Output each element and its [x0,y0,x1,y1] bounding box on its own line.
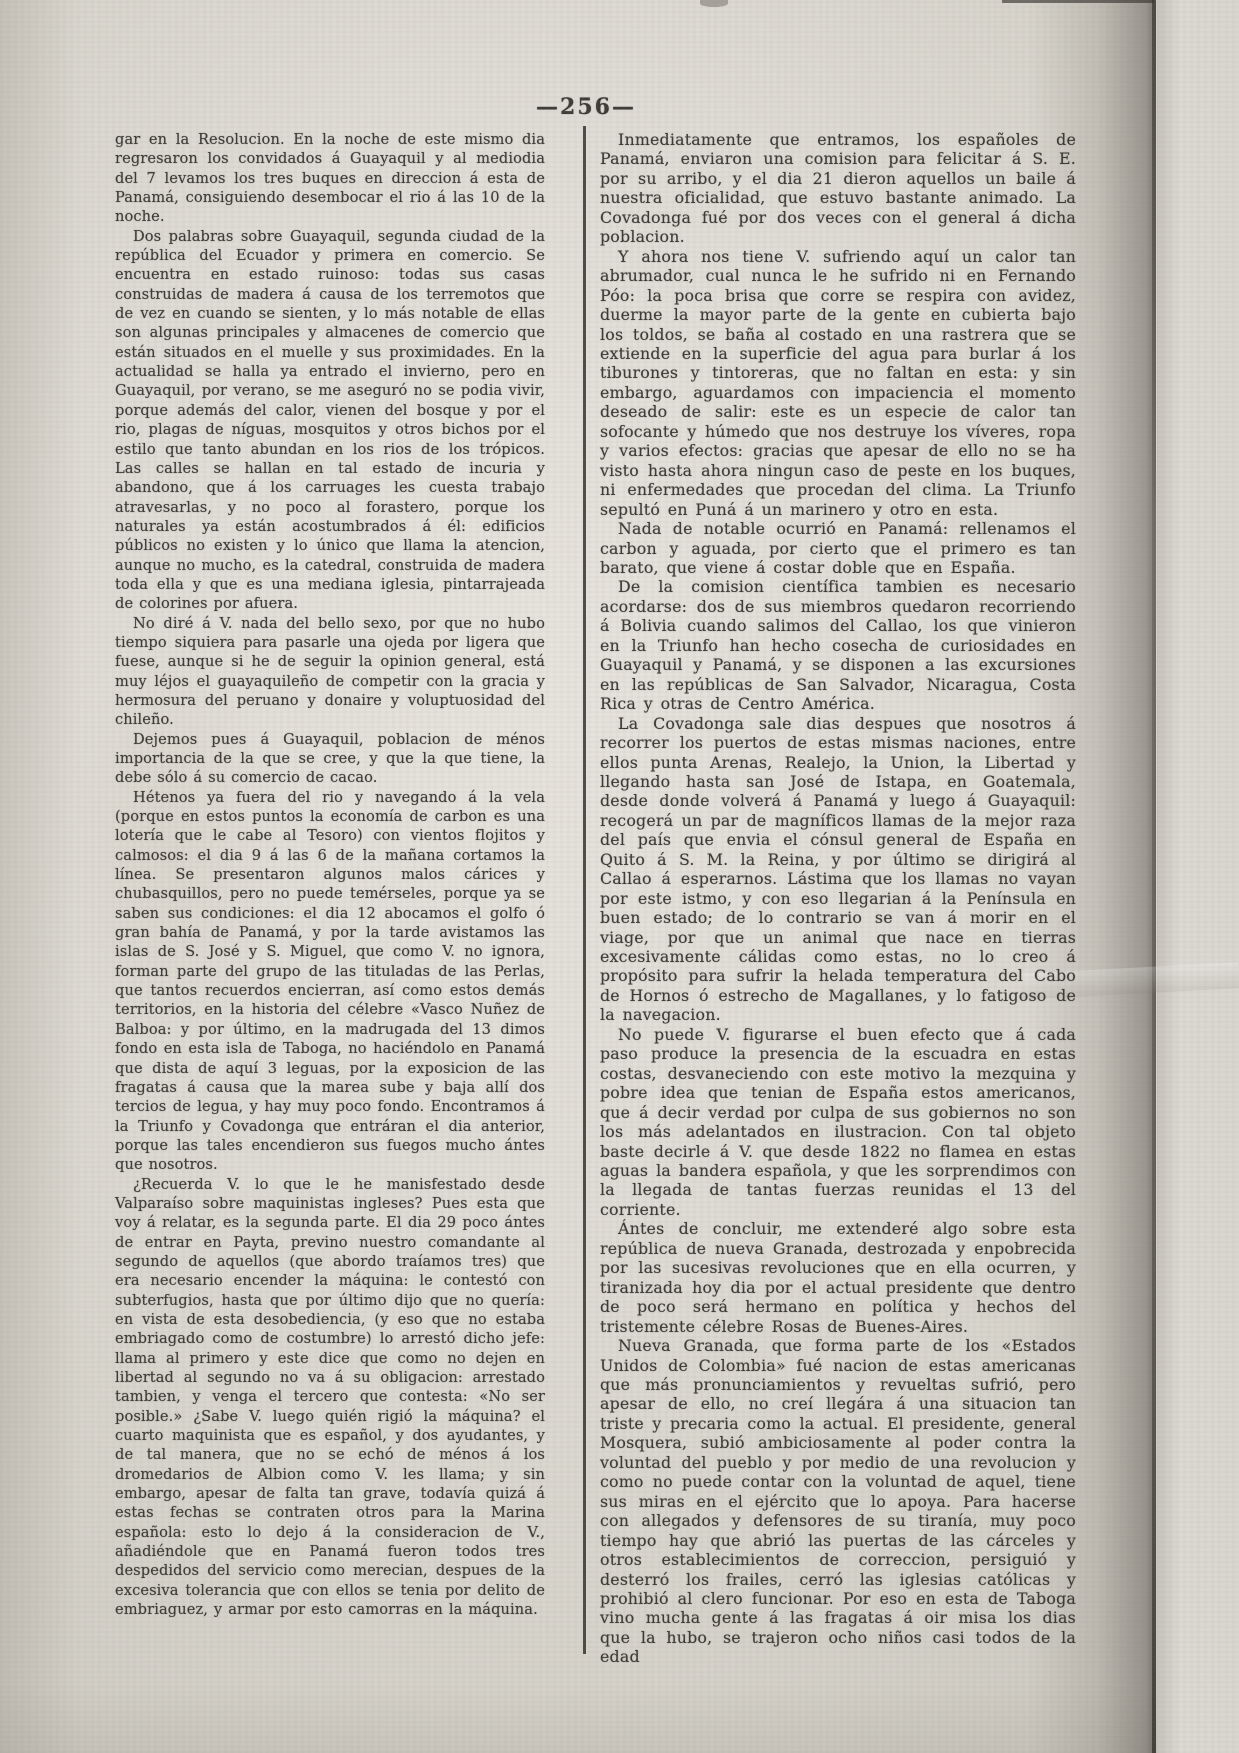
paragraph: La Covadonga sale dias despues que nosot… [600,714,1076,1025]
paragraph: Hétenos ya fuera del rio y navegando á l… [115,788,545,1175]
paragraph: ¿Recuerda V. lo que le he manisfestado d… [115,1175,545,1620]
adjacent-page-edge [1157,0,1239,1753]
paragraph: De la comision científica tambien es nec… [600,577,1076,713]
scanned-book-page: —256— gar en la Resolucion. En la noche … [0,0,1239,1753]
paragraph: Dejemos pues á Guayaquil, poblacion de m… [115,730,545,788]
paragraph: Nueva Granada, que forma parte de los «E… [600,1336,1076,1667]
page-crease-line [1152,0,1156,1753]
column-right: Inmediatamente que entramos, los español… [600,130,1076,1667]
paragraph: gar en la Resolucion. En la noche de est… [115,130,545,227]
paragraph: Ántes de concluir, me extenderé algo sob… [600,1219,1076,1336]
column-left: gar en la Resolucion. En la noche de est… [115,130,545,1667]
paragraph: Y ahora nos tiene V. sufriendo aquí un c… [600,247,1076,519]
paragraph: Dos palabras sobre Guayaquil, segunda ci… [115,227,545,614]
paragraph: Nada de notable ocurrió en Panamá: relle… [600,519,1076,577]
paragraph: No diré á V. nada del bello sexo, por qu… [115,614,545,730]
ink-smudge [700,0,728,7]
left-edge-shadow [0,0,78,1753]
paragraph: No puede V. figurarse el buen efecto que… [600,1025,1076,1220]
paragraph: Inmediatamente que entramos, los español… [600,130,1076,247]
text-block: gar en la Resolucion. En la noche de est… [115,130,1077,1667]
top-edge-shadow [1002,0,1154,3]
page-number: —256— [0,94,1172,120]
